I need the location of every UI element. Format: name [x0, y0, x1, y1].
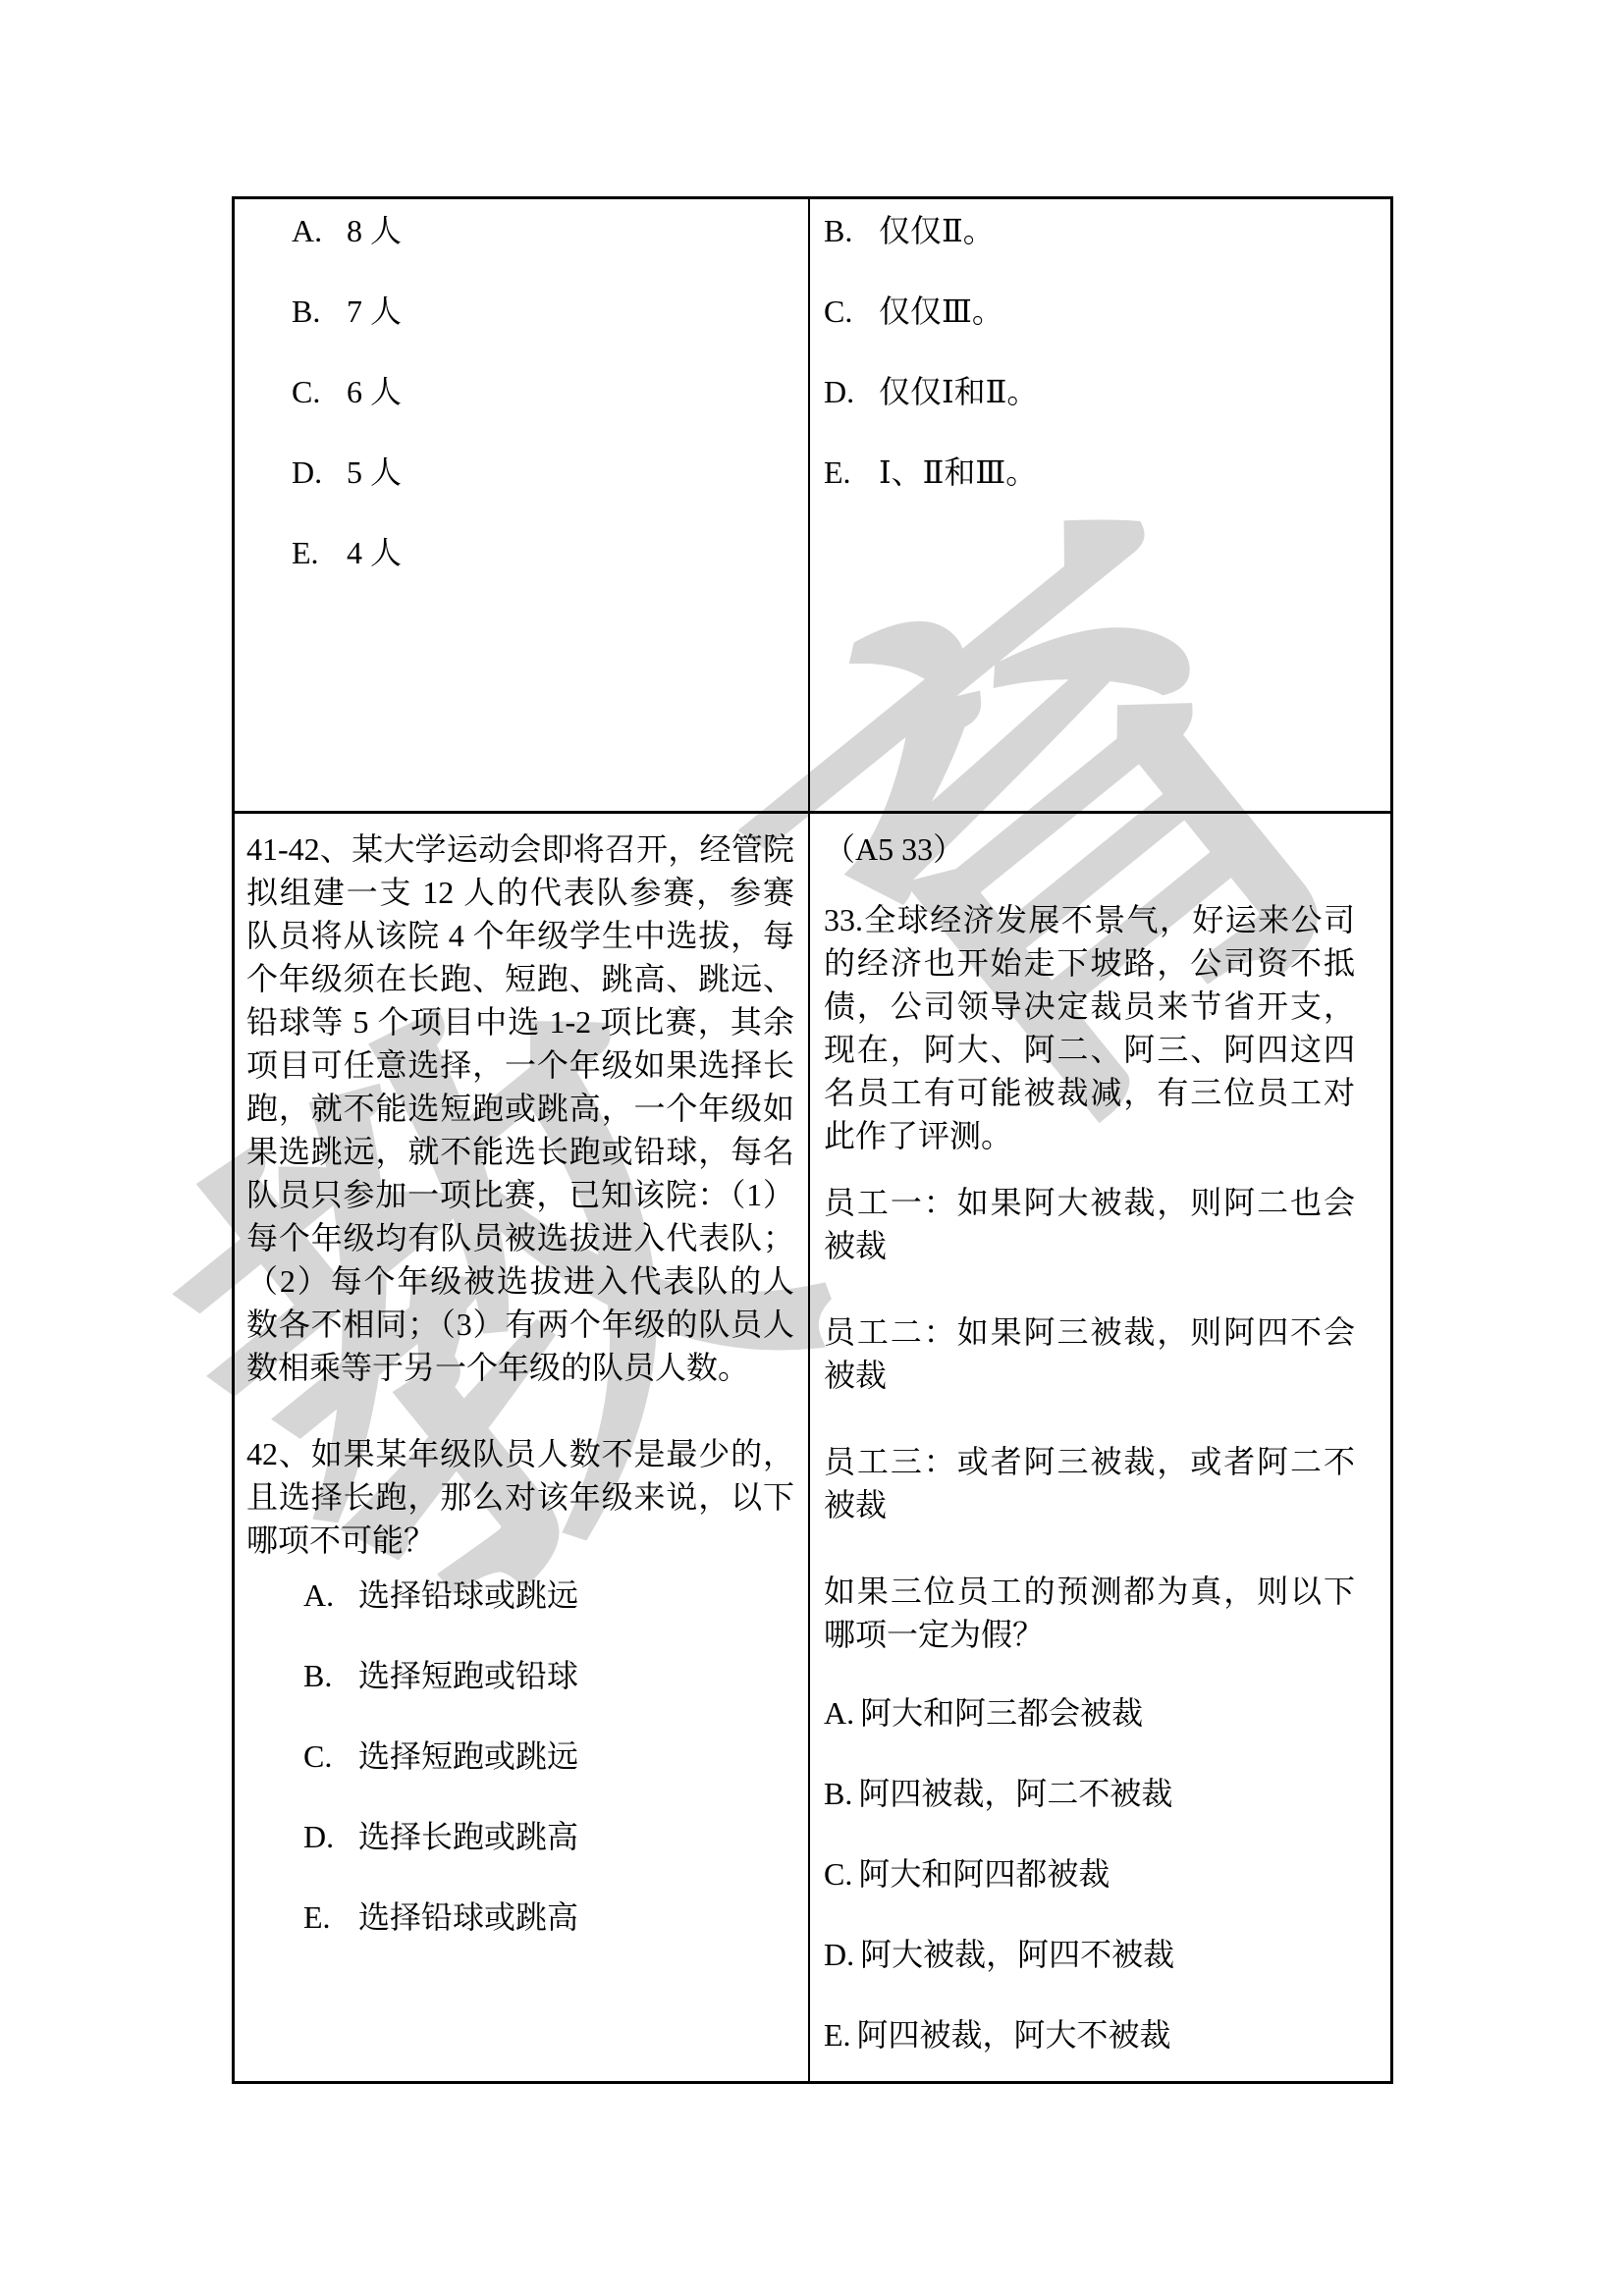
question-42-options: A.选择铅球或跳远 B.选择短跑或铅球 C.选择短跑或跳远 D.选择长跑或跳高 …: [246, 1574, 794, 1939]
option-label: B.: [292, 290, 347, 333]
exam-table: A.8 人 B.7 人 C.6 人 D.5 人 E.4 人 B.仅仅Ⅱ。 C.仅…: [232, 196, 1393, 2084]
option-label: D.: [292, 451, 347, 494]
option: C.选择短跑或跳远: [303, 1735, 794, 1778]
option-text: 选择铅球或跳远: [358, 1577, 578, 1613]
cell-row1-right: B.仅仅Ⅱ。 C.仅仅Ⅲ。 D.仅仅Ⅰ和Ⅱ。 E.Ⅰ、Ⅱ和Ⅲ。: [808, 199, 1390, 811]
option: C.6 人: [292, 370, 798, 413]
option-text: Ⅰ、Ⅱ和Ⅲ。: [879, 454, 1037, 490]
cell-question-41-42: 41-42、某大学运动会即将召开，经管院拟组建一支 12 人的代表队参赛，参赛队…: [235, 811, 808, 2081]
option: D.选择长跑或跳高: [303, 1815, 794, 1858]
option-label: A.: [292, 209, 347, 252]
question-33-tag: （A5 33）: [824, 828, 1355, 871]
option-label: C.: [824, 290, 879, 333]
question-33-options: A.阿大和阿三都会被裁 B.阿四被裁，阿二不被裁 C.阿大和阿四都被裁 D.阿大…: [824, 1691, 1355, 2056]
option: D.阿大被裁，阿四不被裁: [824, 1933, 1355, 1976]
option: D.仅仅Ⅰ和Ⅱ。: [824, 370, 1371, 413]
option: B.选择短跑或铅球: [303, 1654, 794, 1697]
option-text: 仅仅Ⅱ。: [879, 213, 995, 248]
option-label: C.: [292, 370, 347, 413]
option: D.5 人: [292, 451, 798, 494]
option-text: 阿大和阿三都会被裁: [860, 1695, 1143, 1731]
question-33-stem: 33.全球经济发展不景气，好运来公司的经济也开始走下坡路，公司资不抵债，公司领导…: [824, 898, 1355, 1157]
option-text: 仅仅Ⅰ和Ⅱ。: [879, 374, 1038, 409]
option: A.阿大和阿三都会被裁: [824, 1691, 1355, 1735]
option: E.Ⅰ、Ⅱ和Ⅲ。: [824, 451, 1371, 494]
cell-row1-left: A.8 人 B.7 人 C.6 人 D.5 人 E.4 人: [235, 199, 808, 811]
option-text: 7 人: [347, 294, 402, 329]
option: B.仅仅Ⅱ。: [824, 209, 1371, 252]
option: B.7 人: [292, 290, 798, 333]
option-text: 仅仅Ⅲ。: [879, 294, 1003, 329]
option-text: 5 人: [347, 454, 402, 490]
option-label: A.: [303, 1574, 358, 1617]
question-42-text: 42、如果某年级队员人数不是最少的，且选择长跑，那么对该年级来说，以下哪项不可能…: [246, 1432, 794, 1562]
option-text: 阿四被裁，阿大不被裁: [857, 2017, 1171, 2053]
option-text: 8 人: [347, 213, 402, 248]
option: C.仅仅Ⅲ。: [824, 290, 1371, 333]
statement-employee-2: 员工二：如果阿三被裁，则阿四不会被裁: [824, 1310, 1355, 1397]
exam-page: { "watermark": { "text": "教育", "color": …: [0, 0, 1624, 2296]
option: B.阿四被裁，阿二不被裁: [824, 1772, 1355, 1815]
option: A.8 人: [292, 209, 798, 252]
question-33-text: 如果三位员工的预测都为真，则以下哪项一定为假？: [824, 1570, 1355, 1656]
option-label: A.: [824, 1691, 854, 1735]
option-text: 选择长跑或跳高: [358, 1819, 578, 1854]
statement-employee-3: 员工三：或者阿三被裁，或者阿二不被裁: [824, 1440, 1355, 1526]
option-label: B.: [303, 1654, 358, 1697]
option: A.选择铅球或跳远: [303, 1574, 794, 1617]
option-text: 选择短跑或铅球: [358, 1658, 578, 1693]
option-label: D.: [824, 370, 879, 413]
cell-question-33: （A5 33） 33.全球经济发展不景气，好运来公司的经济也开始走下坡路，公司资…: [808, 811, 1390, 2081]
option-text: 4 人: [347, 535, 402, 570]
option-label: C.: [303, 1735, 358, 1778]
option-label: E.: [824, 2013, 851, 2056]
option-text: 阿大和阿四都被裁: [858, 1856, 1110, 1892]
option-text: 选择短跑或跳远: [358, 1738, 578, 1774]
option-label: E.: [303, 1896, 358, 1939]
option-text: 选择铅球或跳高: [358, 1899, 578, 1935]
statement-employee-1: 员工一：如果阿大被裁，则阿二也会被裁: [824, 1181, 1355, 1267]
question-41-42-stem: 41-42、某大学运动会即将召开，经管院拟组建一支 12 人的代表队参赛，参赛队…: [246, 828, 794, 1389]
option-label: B.: [824, 209, 879, 252]
option-text: 阿四被裁，阿二不被裁: [858, 1776, 1172, 1811]
option-label: B.: [824, 1772, 852, 1815]
option: E.4 人: [292, 531, 798, 574]
option-label: E.: [292, 531, 347, 574]
option: E.选择铅球或跳高: [303, 1896, 794, 1939]
option: C.阿大和阿四都被裁: [824, 1852, 1355, 1896]
option-text: 阿大被裁，阿四不被裁: [860, 1937, 1174, 1972]
option-label: C.: [824, 1852, 852, 1896]
option-label: D.: [303, 1815, 358, 1858]
option-label: E.: [824, 451, 879, 494]
option-text: 6 人: [347, 374, 402, 409]
option-label: D.: [824, 1933, 854, 1976]
option: E.阿四被裁，阿大不被裁: [824, 2013, 1355, 2056]
